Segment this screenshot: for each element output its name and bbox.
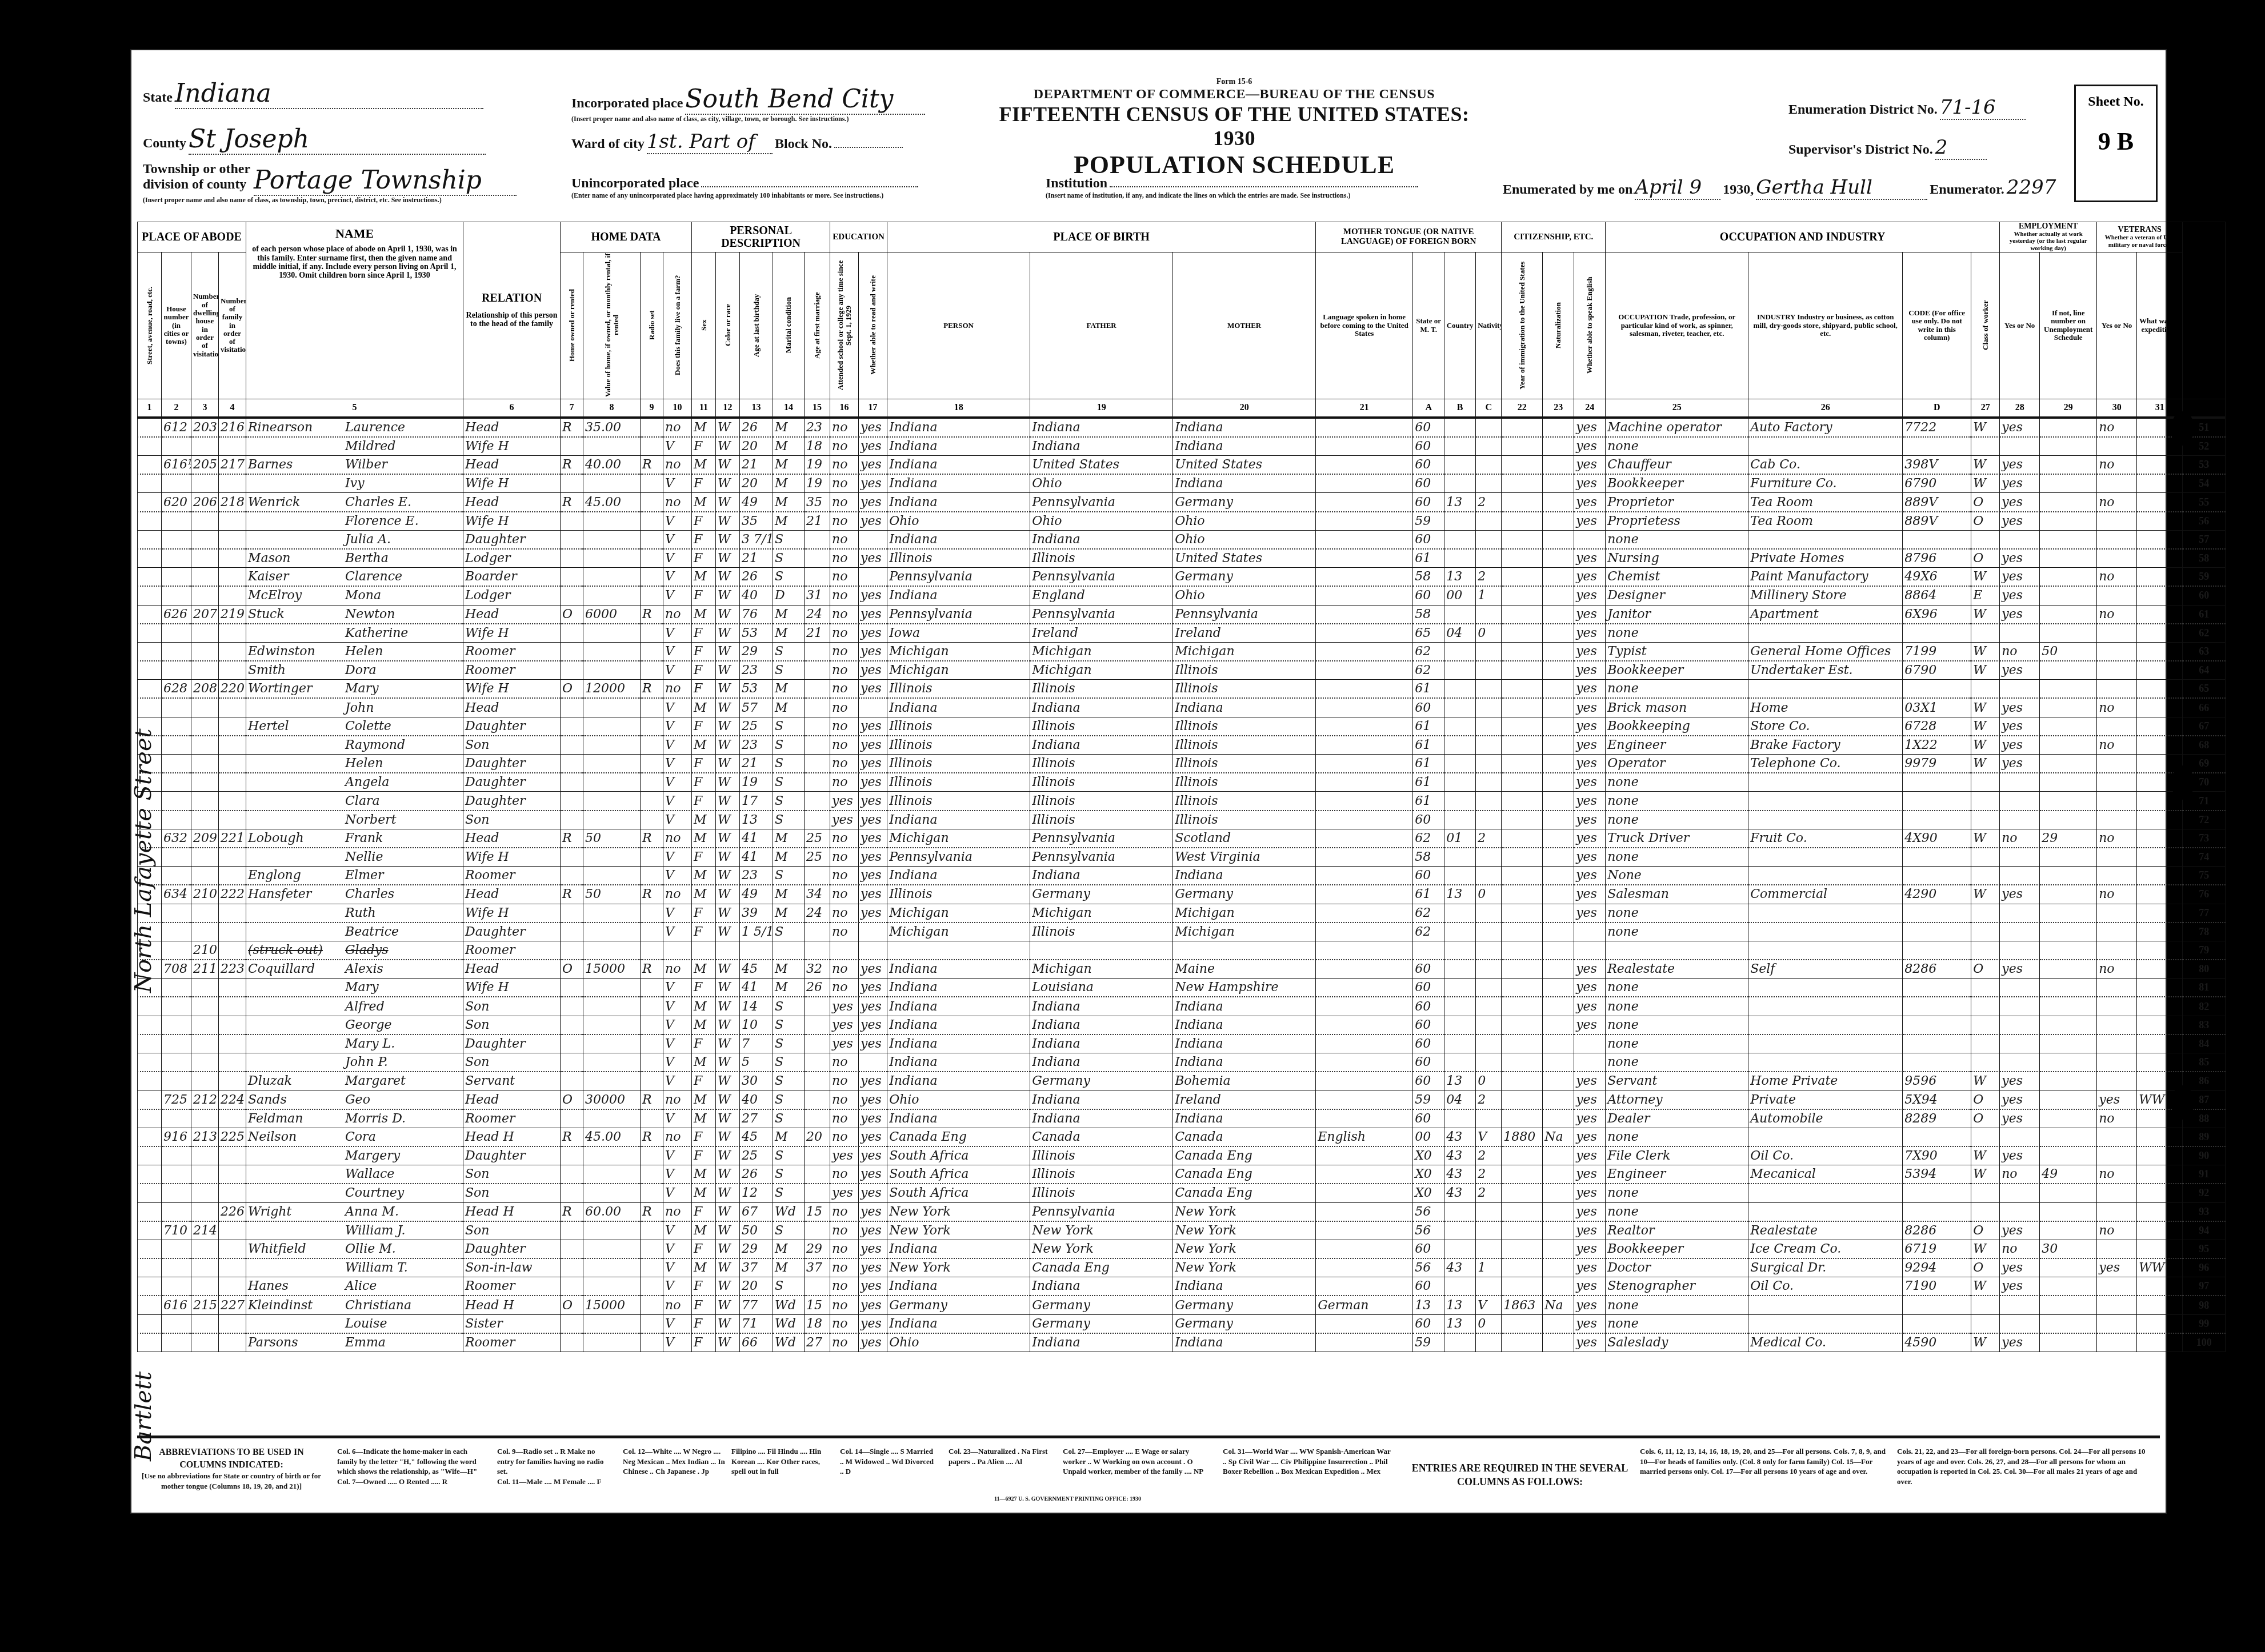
- cell-age: 12: [740, 1184, 773, 1202]
- cell-sex: F: [692, 773, 716, 792]
- cell-war: [2137, 1016, 2183, 1034]
- cell-war: [2137, 456, 2183, 475]
- cell-radio: R: [641, 1202, 663, 1221]
- table-row: EdwinstonHelenRoomerVFW29SnoyesMichiganM…: [138, 642, 2226, 661]
- cell-father: United States: [1030, 456, 1173, 475]
- cell-agemar: 19: [805, 456, 830, 475]
- cell-work: yes: [2000, 418, 2040, 437]
- cell-a: 60: [1413, 1016, 1444, 1034]
- cell-school: no: [830, 1296, 859, 1314]
- cell-code: 9294: [1903, 1258, 1971, 1277]
- cell-agemar: 15: [805, 1296, 830, 1314]
- cell-family: [219, 474, 246, 493]
- cell-natur: [1543, 997, 1574, 1016]
- cell-value: 15000: [583, 1296, 641, 1314]
- cell-relation: Daughter: [463, 717, 561, 736]
- sheet-value: 9 B: [2076, 127, 2156, 156]
- cell-owned: [561, 717, 583, 736]
- cell-class: O: [1971, 549, 2000, 568]
- cell-vet: [2097, 1314, 2137, 1333]
- cell-family: [219, 1221, 246, 1240]
- cell-house: [162, 773, 191, 792]
- cell-tongue: [1316, 661, 1413, 680]
- cell-work: yes: [2000, 568, 2040, 587]
- cell-code: 8864: [1903, 586, 1971, 605]
- column-number: 3: [191, 399, 219, 418]
- name-group-title: NAME: [248, 227, 461, 240]
- cell-owned: [561, 1146, 583, 1165]
- cell-c: [1476, 661, 1502, 680]
- cell-read: [859, 1053, 887, 1072]
- cell-occupation: Salesman: [1606, 885, 1748, 904]
- col-owned-rented: Home owned or rented: [561, 252, 583, 399]
- cell-read: yes: [859, 1016, 887, 1034]
- cell-birth: Illinois: [887, 680, 1030, 699]
- cell-race: W: [716, 512, 740, 531]
- cell-birth: Indiana: [887, 493, 1030, 512]
- cell-read: yes: [859, 1034, 887, 1053]
- form-number: Form 15-6: [989, 78, 1480, 87]
- cell-name: Mildred: [246, 437, 463, 456]
- cell-relation: Daughter: [463, 1146, 561, 1165]
- cell-relation: Head: [463, 456, 561, 475]
- cell-name: Clara: [246, 792, 463, 811]
- cell-school: no: [830, 1314, 859, 1333]
- table-row: SmithDoraRoomerVFW23SnoyesMichiganMichig…: [138, 661, 2226, 680]
- cell-tongue: [1316, 811, 1413, 829]
- cell-family: [219, 941, 246, 960]
- cell-age: 21: [740, 755, 773, 773]
- cell-relation: Son: [463, 1053, 561, 1072]
- cell-immig: [1502, 829, 1543, 848]
- cell-value: [583, 755, 641, 773]
- cell-school: yes: [830, 1016, 859, 1034]
- cell-father: Ohio: [1030, 474, 1173, 493]
- column-number: 11: [692, 399, 716, 418]
- cell-code: [1903, 848, 1971, 867]
- entries-title: ENTRIES ARE REQUIRED IN THE SEVERAL COLU…: [1411, 1461, 1628, 1489]
- cell-mother: Indiana: [1173, 1333, 1316, 1352]
- cell-name: William J.: [246, 1221, 463, 1240]
- cell-agemar: [805, 755, 830, 773]
- surname: Parsons: [248, 1336, 345, 1350]
- given-name: Helen: [345, 644, 383, 659]
- cell-family: [219, 661, 246, 680]
- cell-code: 1X22: [1903, 736, 1971, 755]
- cell-unemp: [2040, 904, 2097, 923]
- sheet-label: Sheet No.: [2076, 94, 2156, 110]
- col-house-number: House number (in cities or towns): [162, 252, 191, 399]
- column-number: 25: [1606, 399, 1748, 418]
- column-number: B: [1444, 399, 1476, 418]
- cell-work: yes: [2000, 1221, 2040, 1240]
- column-number: 10: [663, 399, 692, 418]
- line-number: 92: [2183, 1184, 2226, 1202]
- cell-read: yes: [859, 848, 887, 867]
- cell-school: no: [830, 1202, 859, 1221]
- given-name: Laurence: [345, 420, 405, 435]
- cell-b: 00: [1444, 586, 1476, 605]
- cell-war: [2137, 1184, 2183, 1202]
- cell-radio: [641, 773, 663, 792]
- cell-unemp: [2040, 1053, 2097, 1072]
- cell-immig: [1502, 549, 1543, 568]
- cell-code: 7199: [1903, 642, 1971, 661]
- cell-radio: [641, 979, 663, 997]
- cell-age: 40: [740, 1090, 773, 1109]
- cell-dwelling: [191, 848, 219, 867]
- cell-natur: [1543, 1202, 1574, 1221]
- cell-farm: V: [663, 997, 692, 1016]
- cell-race: W: [716, 1034, 740, 1053]
- cell-value: [583, 624, 641, 643]
- cell-school: no: [830, 474, 859, 493]
- cell-value: [583, 1165, 641, 1184]
- cell-industry: [1748, 979, 1903, 997]
- cell-birth: Indiana: [887, 474, 1030, 493]
- cell-occupation: Machine operator: [1606, 418, 1748, 437]
- cell-immig: [1502, 661, 1543, 680]
- line-number: 78: [2183, 923, 2226, 941]
- cell-relation: Wife H: [463, 474, 561, 493]
- cell-school: no: [830, 1109, 859, 1128]
- cell-english: yes: [1574, 549, 1606, 568]
- cell-agemar: [805, 680, 830, 699]
- cell-birth: South Africa: [887, 1146, 1030, 1165]
- cell-c: [1476, 530, 1502, 549]
- cell-birth: New York: [887, 1258, 1030, 1277]
- cell-vet: [2097, 1034, 2137, 1053]
- cell-work: [2000, 530, 2040, 549]
- cell-class: [1971, 848, 2000, 867]
- cell-family: [219, 1016, 246, 1034]
- column-number: 15: [805, 399, 830, 418]
- enumerator-label: Enumerator.: [1930, 182, 2004, 197]
- cell-relation: Daughter: [463, 1240, 561, 1258]
- cell-tongue: [1316, 923, 1413, 941]
- cell-school: no: [830, 456, 859, 475]
- cell-farm: V: [663, 792, 692, 811]
- cell-natur: [1543, 1184, 1574, 1202]
- cell-code: [1903, 530, 1971, 549]
- surname: Lobough: [248, 831, 345, 845]
- cell-c: 0: [1476, 885, 1502, 904]
- cell-farm: V: [663, 1165, 692, 1184]
- cell-c: [1476, 717, 1502, 736]
- cell-birth: Indiana: [887, 1072, 1030, 1090]
- cell-a: 60: [1413, 493, 1444, 512]
- cell-vet: [2097, 661, 2137, 680]
- cell-mother: Michigan: [1173, 642, 1316, 661]
- line-number: 99: [2183, 1314, 2226, 1333]
- cell-english: [1574, 1034, 1606, 1053]
- line-number: 61: [2183, 605, 2226, 624]
- cell-sex: F: [692, 1240, 716, 1258]
- cell-mother: New York: [1173, 1240, 1316, 1258]
- cell-immig: [1502, 867, 1543, 885]
- cell-work: [2000, 923, 2040, 941]
- table-row: FeldmanMorris D.RoomerVMW27SnoyesIndiana…: [138, 1109, 2226, 1128]
- cell-age: 26: [740, 568, 773, 587]
- cell-a: X0: [1413, 1184, 1444, 1202]
- cell-marital: Wd: [773, 1314, 805, 1333]
- cell-owned: [561, 736, 583, 755]
- cell-age: 30: [740, 1072, 773, 1090]
- cell-war: [2137, 941, 2183, 960]
- cell-agemar: [805, 773, 830, 792]
- cell-industry: Home Private: [1748, 1072, 1903, 1090]
- cell-mother: [1173, 941, 1316, 960]
- cell-sex: M: [692, 1184, 716, 1202]
- cell-tongue: [1316, 1053, 1413, 1072]
- cell-marital: S: [773, 773, 805, 792]
- cell-class: W: [1971, 1072, 2000, 1090]
- cell-code: 5X94: [1903, 1090, 1971, 1109]
- cell-a: 60: [1413, 474, 1444, 493]
- given-name: Clarence: [345, 570, 402, 584]
- cell-tongue: [1316, 1277, 1413, 1296]
- cell-sex: M: [692, 456, 716, 475]
- cell-race: W: [716, 979, 740, 997]
- cell-value: 50: [583, 829, 641, 848]
- cell-read: yes: [859, 1109, 887, 1128]
- cell-work: yes: [2000, 549, 2040, 568]
- cell-c: 2: [1476, 1184, 1502, 1202]
- cell-tongue: [1316, 418, 1413, 437]
- cell-industry: [1748, 1016, 1903, 1034]
- cell-immig: [1502, 773, 1543, 792]
- cell-sex: M: [692, 1090, 716, 1109]
- cell-relation: Head: [463, 605, 561, 624]
- cell-vet: [2097, 997, 2137, 1016]
- cell-house: [162, 1034, 191, 1053]
- cell-work: [2000, 848, 2040, 867]
- cell-age: 23: [740, 867, 773, 885]
- cell-owned: [561, 512, 583, 531]
- cell-house: [162, 1109, 191, 1128]
- cell-radio: [641, 1258, 663, 1277]
- cell-natur: [1543, 960, 1574, 979]
- cell-house: 616½: [162, 456, 191, 475]
- cell-code: 398V: [1903, 456, 1971, 475]
- cell-sex: F: [692, 1314, 716, 1333]
- cell-value: [583, 586, 641, 605]
- given-name: Helen: [345, 756, 383, 771]
- cell-code: [1903, 1202, 1971, 1221]
- cell-relation: Son: [463, 1016, 561, 1034]
- cell-english: yes: [1574, 493, 1606, 512]
- cell-occupation: none: [1606, 904, 1748, 923]
- cell-read: yes: [859, 1277, 887, 1296]
- cell-english: [1574, 530, 1606, 549]
- table-row: EnglongElmerRoomerVMW23SnoyesIndianaIndi…: [138, 867, 2226, 885]
- given-name: Mona: [345, 588, 381, 603]
- table-row: Florence E.Wife HVFW35M21noyesOhioOhioOh…: [138, 512, 2226, 531]
- cell-father: Michigan: [1030, 904, 1173, 923]
- cell-b: [1444, 811, 1476, 829]
- cell-a: 59: [1413, 512, 1444, 531]
- cell-b: [1444, 1221, 1476, 1240]
- cell-street: [138, 512, 162, 531]
- cell-owned: R: [561, 885, 583, 904]
- cell-father: Michigan: [1030, 960, 1173, 979]
- cell-owned: [561, 437, 583, 456]
- cell-immig: [1502, 997, 1543, 1016]
- cell-birth: Indiana: [887, 1314, 1030, 1333]
- given-name: Alexis: [345, 962, 383, 976]
- cell-name: Margery: [246, 1146, 463, 1165]
- cell-code: 7190: [1903, 1277, 1971, 1296]
- cell-dwelling: [191, 530, 219, 549]
- surname: Wortinger: [248, 681, 345, 696]
- cell-birth: Indiana: [887, 418, 1030, 437]
- cell-tongue: [1316, 549, 1413, 568]
- cell-unemp: [2040, 624, 2097, 643]
- cell-work: yes: [2000, 493, 2040, 512]
- cell-agemar: 20: [805, 1128, 830, 1146]
- cell-code: [1903, 941, 1971, 960]
- cell-industry: Mecanical: [1748, 1165, 1903, 1184]
- cell-radio: [641, 811, 663, 829]
- cell-tongue: [1316, 773, 1413, 792]
- cell-dwelling: 206: [191, 493, 219, 512]
- cell-family: [219, 1258, 246, 1277]
- cell-mother: Illinois: [1173, 661, 1316, 680]
- cell-relation: Roomer: [463, 1277, 561, 1296]
- cell-class: W: [1971, 829, 2000, 848]
- cell-read: yes: [859, 493, 887, 512]
- cell-name: Julia A.: [246, 530, 463, 549]
- cell-work: yes: [2000, 1090, 2040, 1109]
- cell-tongue: [1316, 1090, 1413, 1109]
- cell-unemp: [2040, 773, 2097, 792]
- cell-radio: [641, 997, 663, 1016]
- cell-school: [830, 941, 859, 960]
- cell-code: [1903, 1034, 1971, 1053]
- cell-occupation: none: [1606, 1053, 1748, 1072]
- cell-father: Louisiana: [1030, 979, 1173, 997]
- cell-unemp: [2040, 997, 2097, 1016]
- cell-radio: [641, 1333, 663, 1352]
- col-farm-schedule: Number of farm schedule: [2183, 222, 2226, 399]
- cell-class: [1971, 997, 2000, 1016]
- cell-natur: [1543, 1034, 1574, 1053]
- given-name: Norbert: [345, 813, 396, 827]
- cell-house: [162, 1072, 191, 1090]
- cell-vet: [2097, 1016, 2137, 1034]
- cell-a: 60: [1413, 867, 1444, 885]
- cell-school: no: [830, 680, 859, 699]
- given-name: Elmer: [345, 868, 384, 883]
- cell-family: 221: [219, 829, 246, 848]
- cell-house: [162, 1277, 191, 1296]
- cell-relation: Son: [463, 811, 561, 829]
- cell-father: Michigan: [1030, 661, 1173, 680]
- cell-name: John P.: [246, 1053, 463, 1072]
- cell-unemp: [2040, 811, 2097, 829]
- cell-farm: V: [663, 736, 692, 755]
- cell-c: [1476, 904, 1502, 923]
- cell-natur: [1543, 1314, 1574, 1333]
- cell-relation: Wife H: [463, 437, 561, 456]
- sheet-number-box: Sheet No. 9 B: [2074, 85, 2158, 202]
- cell-class: [1971, 904, 2000, 923]
- cell-immig: [1502, 698, 1543, 717]
- cell-vet: [2097, 904, 2137, 923]
- cell-vet: [2097, 1296, 2137, 1314]
- given-name: Julia A.: [345, 532, 391, 547]
- cell-a: 61: [1413, 680, 1444, 699]
- cell-father: Illinois: [1030, 773, 1173, 792]
- cell-sex: F: [692, 437, 716, 456]
- group-employment: EMPLOYMENT Whether actually at work yest…: [2000, 222, 2097, 252]
- cell-family: [219, 1277, 246, 1296]
- cell-marital: S: [773, 1165, 805, 1184]
- cell-marital: S: [773, 1184, 805, 1202]
- cell-radio: R: [641, 456, 663, 475]
- cell-unemp: [2040, 568, 2097, 587]
- cell-b: [1444, 512, 1476, 531]
- cell-industry: Oil Co.: [1748, 1146, 1903, 1165]
- cell-vet: no: [2097, 736, 2137, 755]
- cell-mother: Michigan: [1173, 923, 1316, 941]
- cell-marital: M: [773, 979, 805, 997]
- column-number: 12: [716, 399, 740, 418]
- cell-b: [1444, 1277, 1476, 1296]
- cell-owned: [561, 1221, 583, 1240]
- cell-dwelling: 205: [191, 456, 219, 475]
- given-name: Alfred: [345, 1000, 385, 1014]
- cell-english: yes: [1574, 867, 1606, 885]
- cell-code: [1903, 1314, 1971, 1333]
- cell-english: yes: [1574, 773, 1606, 792]
- cell-radio: [641, 437, 663, 456]
- table-row: William T.Son-in-lawVMW37M37noyesNew Yor…: [138, 1258, 2226, 1277]
- enumerated-date: April 9: [1635, 176, 1720, 200]
- cell-radio: R: [641, 1090, 663, 1109]
- cell-owned: [561, 1240, 583, 1258]
- relation-column-desc: Relationship of this person to the head …: [465, 311, 558, 329]
- cell-dwelling: 210: [191, 885, 219, 904]
- cell-birth: South Africa: [887, 1184, 1030, 1202]
- state-label: State: [143, 90, 173, 105]
- given-name: Mary: [345, 681, 379, 696]
- line-number: 54: [2183, 474, 2226, 493]
- cell-dwelling: [191, 437, 219, 456]
- cell-vet: no: [2097, 829, 2137, 848]
- cell-owned: [561, 624, 583, 643]
- given-name: Morris D.: [345, 1112, 406, 1126]
- cell-marital: M: [773, 848, 805, 867]
- col-dwelling-number: Number of dwelling house in order of vis…: [191, 252, 219, 399]
- cell-occupation: Brick mason: [1606, 698, 1748, 717]
- census-title: FIFTEENTH CENSUS OF THE UNITED STATES: 1…: [989, 102, 1480, 150]
- cell-immig: [1502, 1053, 1543, 1072]
- cell-school: no: [830, 493, 859, 512]
- cell-farm: no: [663, 456, 692, 475]
- cell-race: W: [716, 1296, 740, 1314]
- cell-race: W: [716, 867, 740, 885]
- cell-read: yes: [859, 979, 887, 997]
- col-sex: Sex: [692, 252, 716, 399]
- cell-age: 21: [740, 456, 773, 475]
- cell-age: 76: [740, 605, 773, 624]
- col-farm: Does this family live on a farm?: [663, 252, 692, 399]
- cell-tongue: German: [1316, 1296, 1413, 1314]
- cell-b: [1444, 997, 1476, 1016]
- given-name: Frank: [345, 831, 383, 845]
- cell-agemar: [805, 549, 830, 568]
